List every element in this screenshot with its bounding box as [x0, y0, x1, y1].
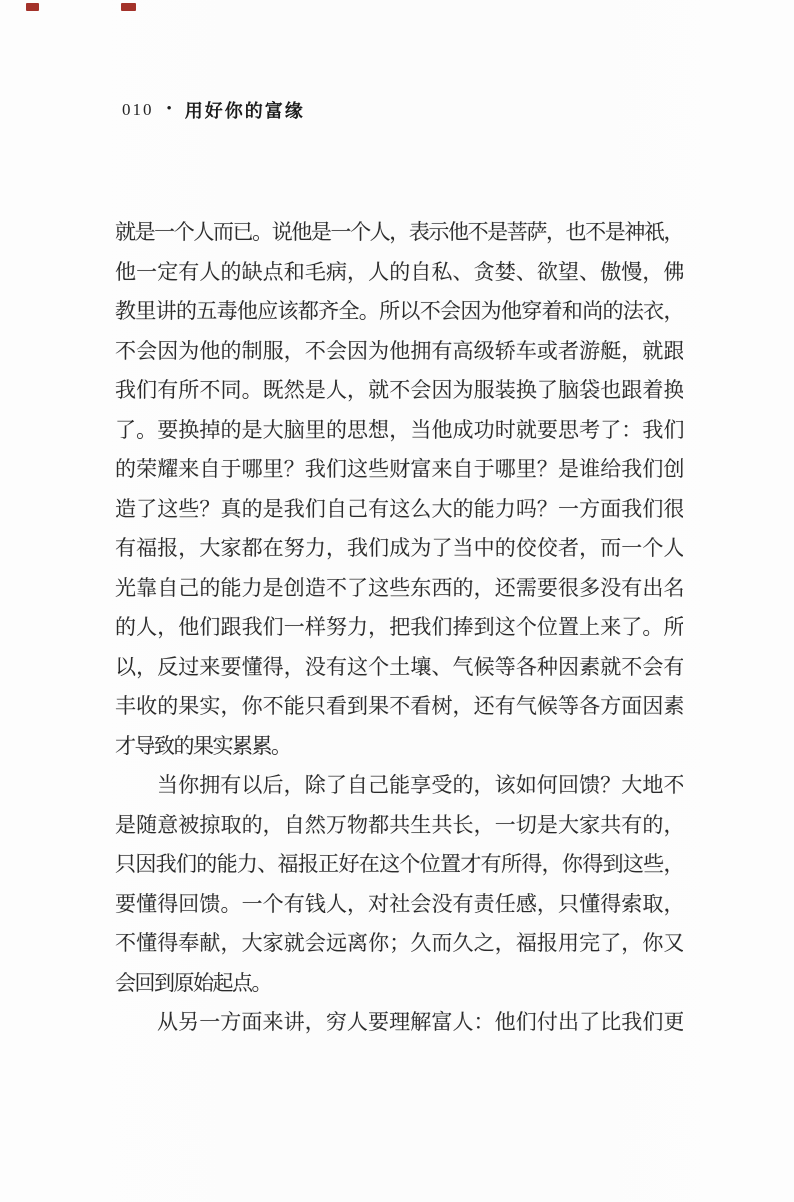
scan-artifact-mark: [26, 3, 39, 11]
text-line: 当你拥有以后，除了自己能享受的，该如何回馈？大地不: [115, 766, 683, 806]
text-line: 是随意被掠取的，自然万物都共生共长，一切是大家共有的，: [115, 806, 683, 846]
text-line: 他一定有人的缺点和毛病，人的自私、贪婪、欲望、傲慢，佛: [115, 253, 683, 293]
text-line: 丰收的果实，你不能只看到果不看树，还有气候等各方面因素: [115, 687, 683, 727]
page-number: 010: [122, 100, 154, 120]
text-line: 的荣耀来自于哪里？我们这些财富来自于哪里？是谁给我们创: [115, 450, 683, 490]
text-line: 才导致的果实累累。: [115, 727, 683, 767]
text-line: 教里讲的五毒他应该都齐全。所以不会因为他穿着和尚的法衣，: [115, 292, 683, 332]
text-line: 从另一方面来讲，穷人要理解富人：他们付出了比我们更: [115, 1003, 683, 1043]
text-line: 要懂得回馈。一个有钱人，对社会没有责任感，只懂得索取，: [115, 885, 683, 925]
text-line: 了。要换掉的是大脑里的思想，当他成功时就要思考了：我们: [115, 411, 683, 451]
scan-artifact-mark: [121, 3, 136, 11]
text-line: 光靠自己的能力是创造不了这些东西的，还需要很多没有出名: [115, 569, 683, 609]
text-line: 有福报，大家都在努力，我们成为了当中的佼佼者，而一个人: [115, 529, 683, 569]
bullet-separator-icon: •: [167, 102, 172, 117]
text-line: 不懂得奉献，大家就会远离你；久而久之，福报用完了，你又: [115, 924, 683, 964]
text-line: 造了这些？真的是我们自己有这么大的能力吗？一方面我们很: [115, 490, 683, 530]
text-line: 的人，他们跟我们一样努力，把我们捧到这个位置上来了。所: [115, 608, 683, 648]
text-line: 不会因为他的制服，不会因为他拥有高级轿车或者游艇，就跟: [115, 332, 683, 372]
text-line: 我们有所不同。既然是人，就不会因为服装换了脑袋也跟着换: [115, 371, 683, 411]
page-header: 010 • 用好你的富缘: [122, 99, 305, 121]
book-title: 用好你的富缘: [185, 97, 305, 123]
text-line: 只因我们的能力、福报正好在这个位置才有所得，你得到这些，: [115, 845, 683, 885]
text-line: 以，反过来要懂得，没有这个土壤、气候等各种因素就不会有: [115, 648, 683, 688]
text-line: 就是一个人而已。说他是一个人，表示他不是菩萨，也不是神祇，: [115, 213, 683, 253]
book-page: 010 • 用好你的富缘 就是一个人而已。说他是一个人，表示他不是菩萨，也不是神…: [0, 0, 794, 1202]
page-body: 就是一个人而已。说他是一个人，表示他不是菩萨，也不是神祇，他一定有人的缺点和毛病…: [115, 213, 683, 1043]
text-line: 会回到原始起点。: [115, 964, 683, 1004]
